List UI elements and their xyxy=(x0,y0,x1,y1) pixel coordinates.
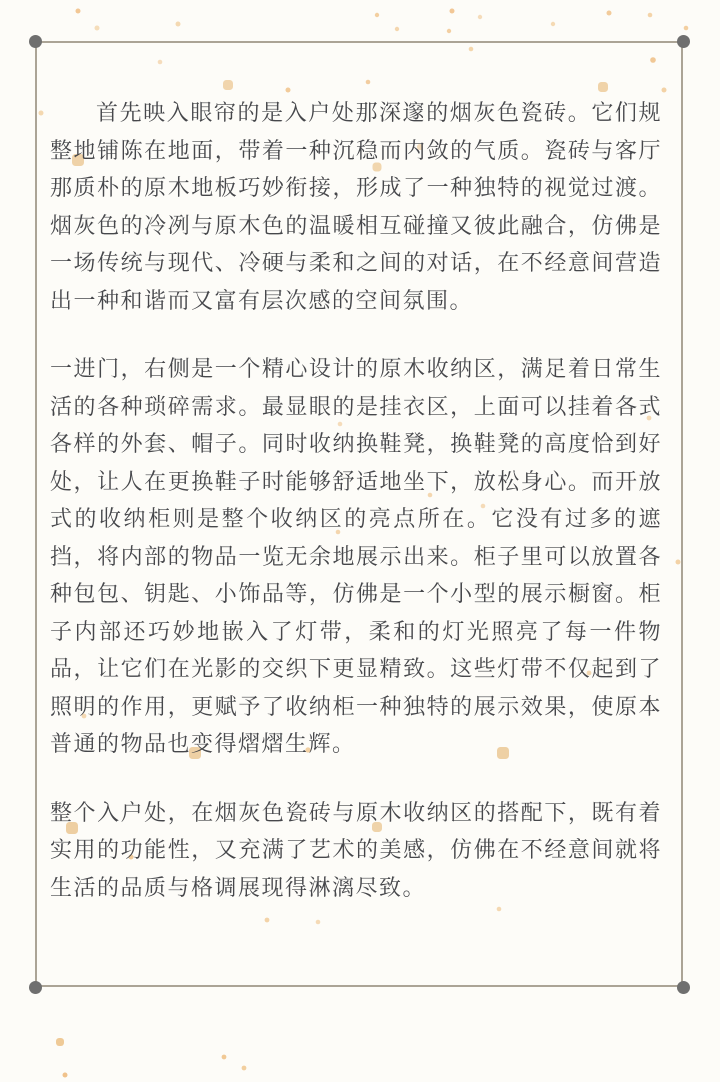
corner-dot-bottom-right xyxy=(677,981,690,994)
corner-dot-top-left xyxy=(29,35,42,48)
paragraph-summary: 整个入户处，在烟灰色瓷砖与原木收纳区的搭配下，既有着实用的功能性，又充满了艺术的… xyxy=(50,794,662,907)
corner-dot-top-right xyxy=(677,35,690,48)
paragraph-entry-tiles: 首先映入眼帘的是入户处那深邃的烟灰色瓷砖。它们规整地铺陈在地面，带着一种沉稳而内… xyxy=(50,94,662,319)
document-page: 首先映入眼帘的是入户处那深邃的烟灰色瓷砖。它们规整地铺陈在地面，带着一种沉稳而内… xyxy=(0,0,720,1082)
corner-dot-bottom-left xyxy=(29,981,42,994)
background-speckles-decoration xyxy=(0,0,2,2)
paragraph-storage-area: 一进门，右侧是一个精心设计的原木收纳区，满足着日常生活的各种琐碎需求。最显眼的是… xyxy=(50,350,662,763)
article-body: 首先映入眼帘的是入户处那深邃的烟灰色瓷砖。它们规整地铺陈在地面，带着一种沉稳而内… xyxy=(50,94,662,906)
